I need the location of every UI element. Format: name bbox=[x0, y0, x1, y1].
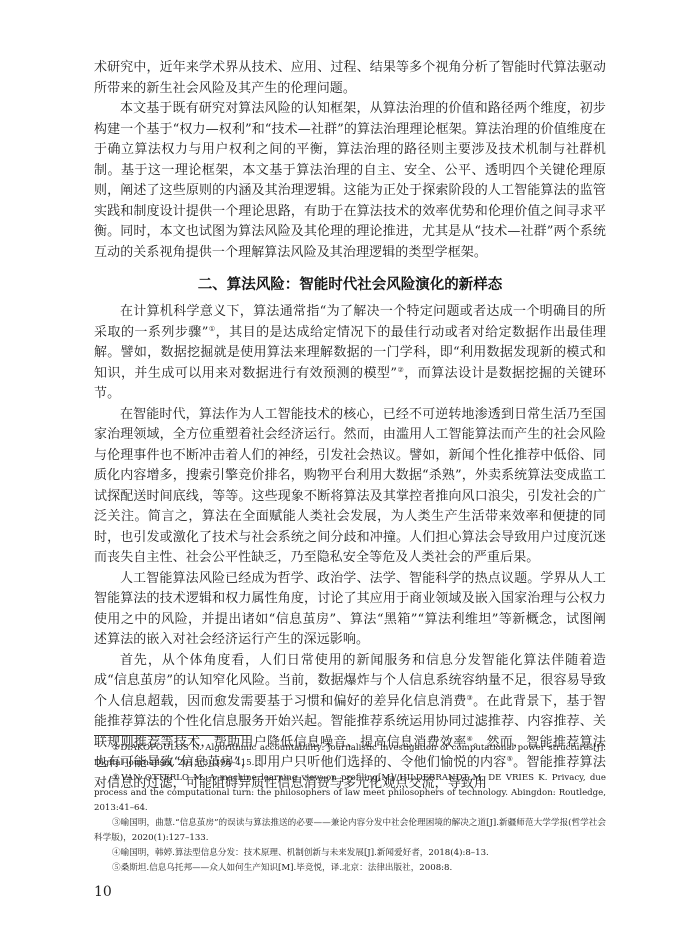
section-heading: 二、算法风险：智能时代社会风险演化的新样态 bbox=[94, 274, 606, 296]
footnote-ref[interactable]: ① bbox=[209, 325, 216, 333]
page-number: 10 bbox=[94, 884, 112, 900]
body-paragraph: 本文基于既有研究对算法风险的认知框架，从算法治理的价值和路径两个维度，初步构建一… bbox=[94, 99, 606, 263]
body-paragraph: 在计算机科学意义下，算法通常指“为了解决一个特定问题或者达成一个明确目的所采取的… bbox=[94, 302, 606, 405]
footnotes: ①DIAKOPOULOS N. Algorithmic accountabili… bbox=[94, 741, 606, 876]
body-paragraph: 人工智能算法风险已经成为哲学、政治学、法学、智能科学的热点议题。学界从人工智能算… bbox=[94, 569, 606, 651]
body-paragraph: 在智能时代，算法作为人工智能技术的核心，已经不可逆转地渗透到日常生活乃至国家治理… bbox=[94, 405, 606, 569]
footnote-2: ②VAN OTTERLO M. A machine learning view … bbox=[94, 771, 606, 816]
footnote-5: ⑤桑斯坦.信息乌托邦——众人如何生产知识[M].毕竞悦，译.北京：法律出版社，2… bbox=[94, 861, 606, 876]
footnote-3: ③喻国明，曲慧.“信息茧房”的误读与算法推送的必要——兼论内容分发中社会伦理困境… bbox=[94, 816, 606, 846]
body-paragraph: 术研究中，近年来学术界从技术、应用、过程、结果等多个视角分析了智能时代算法驱动所… bbox=[94, 58, 606, 99]
footnote-4: ④喻国明，韩婷.算法型信息分发：技术原理、机制创新与未来发展[J].新闻爱好者，… bbox=[94, 846, 606, 861]
footnote-1: ①DIAKOPOULOS N. Algorithmic accountabili… bbox=[94, 741, 606, 771]
article-body: 术研究中，近年来学术界从技术、应用、过程、结果等多个视角分析了智能时代算法驱动所… bbox=[94, 58, 606, 794]
footnote-divider bbox=[94, 735, 250, 736]
